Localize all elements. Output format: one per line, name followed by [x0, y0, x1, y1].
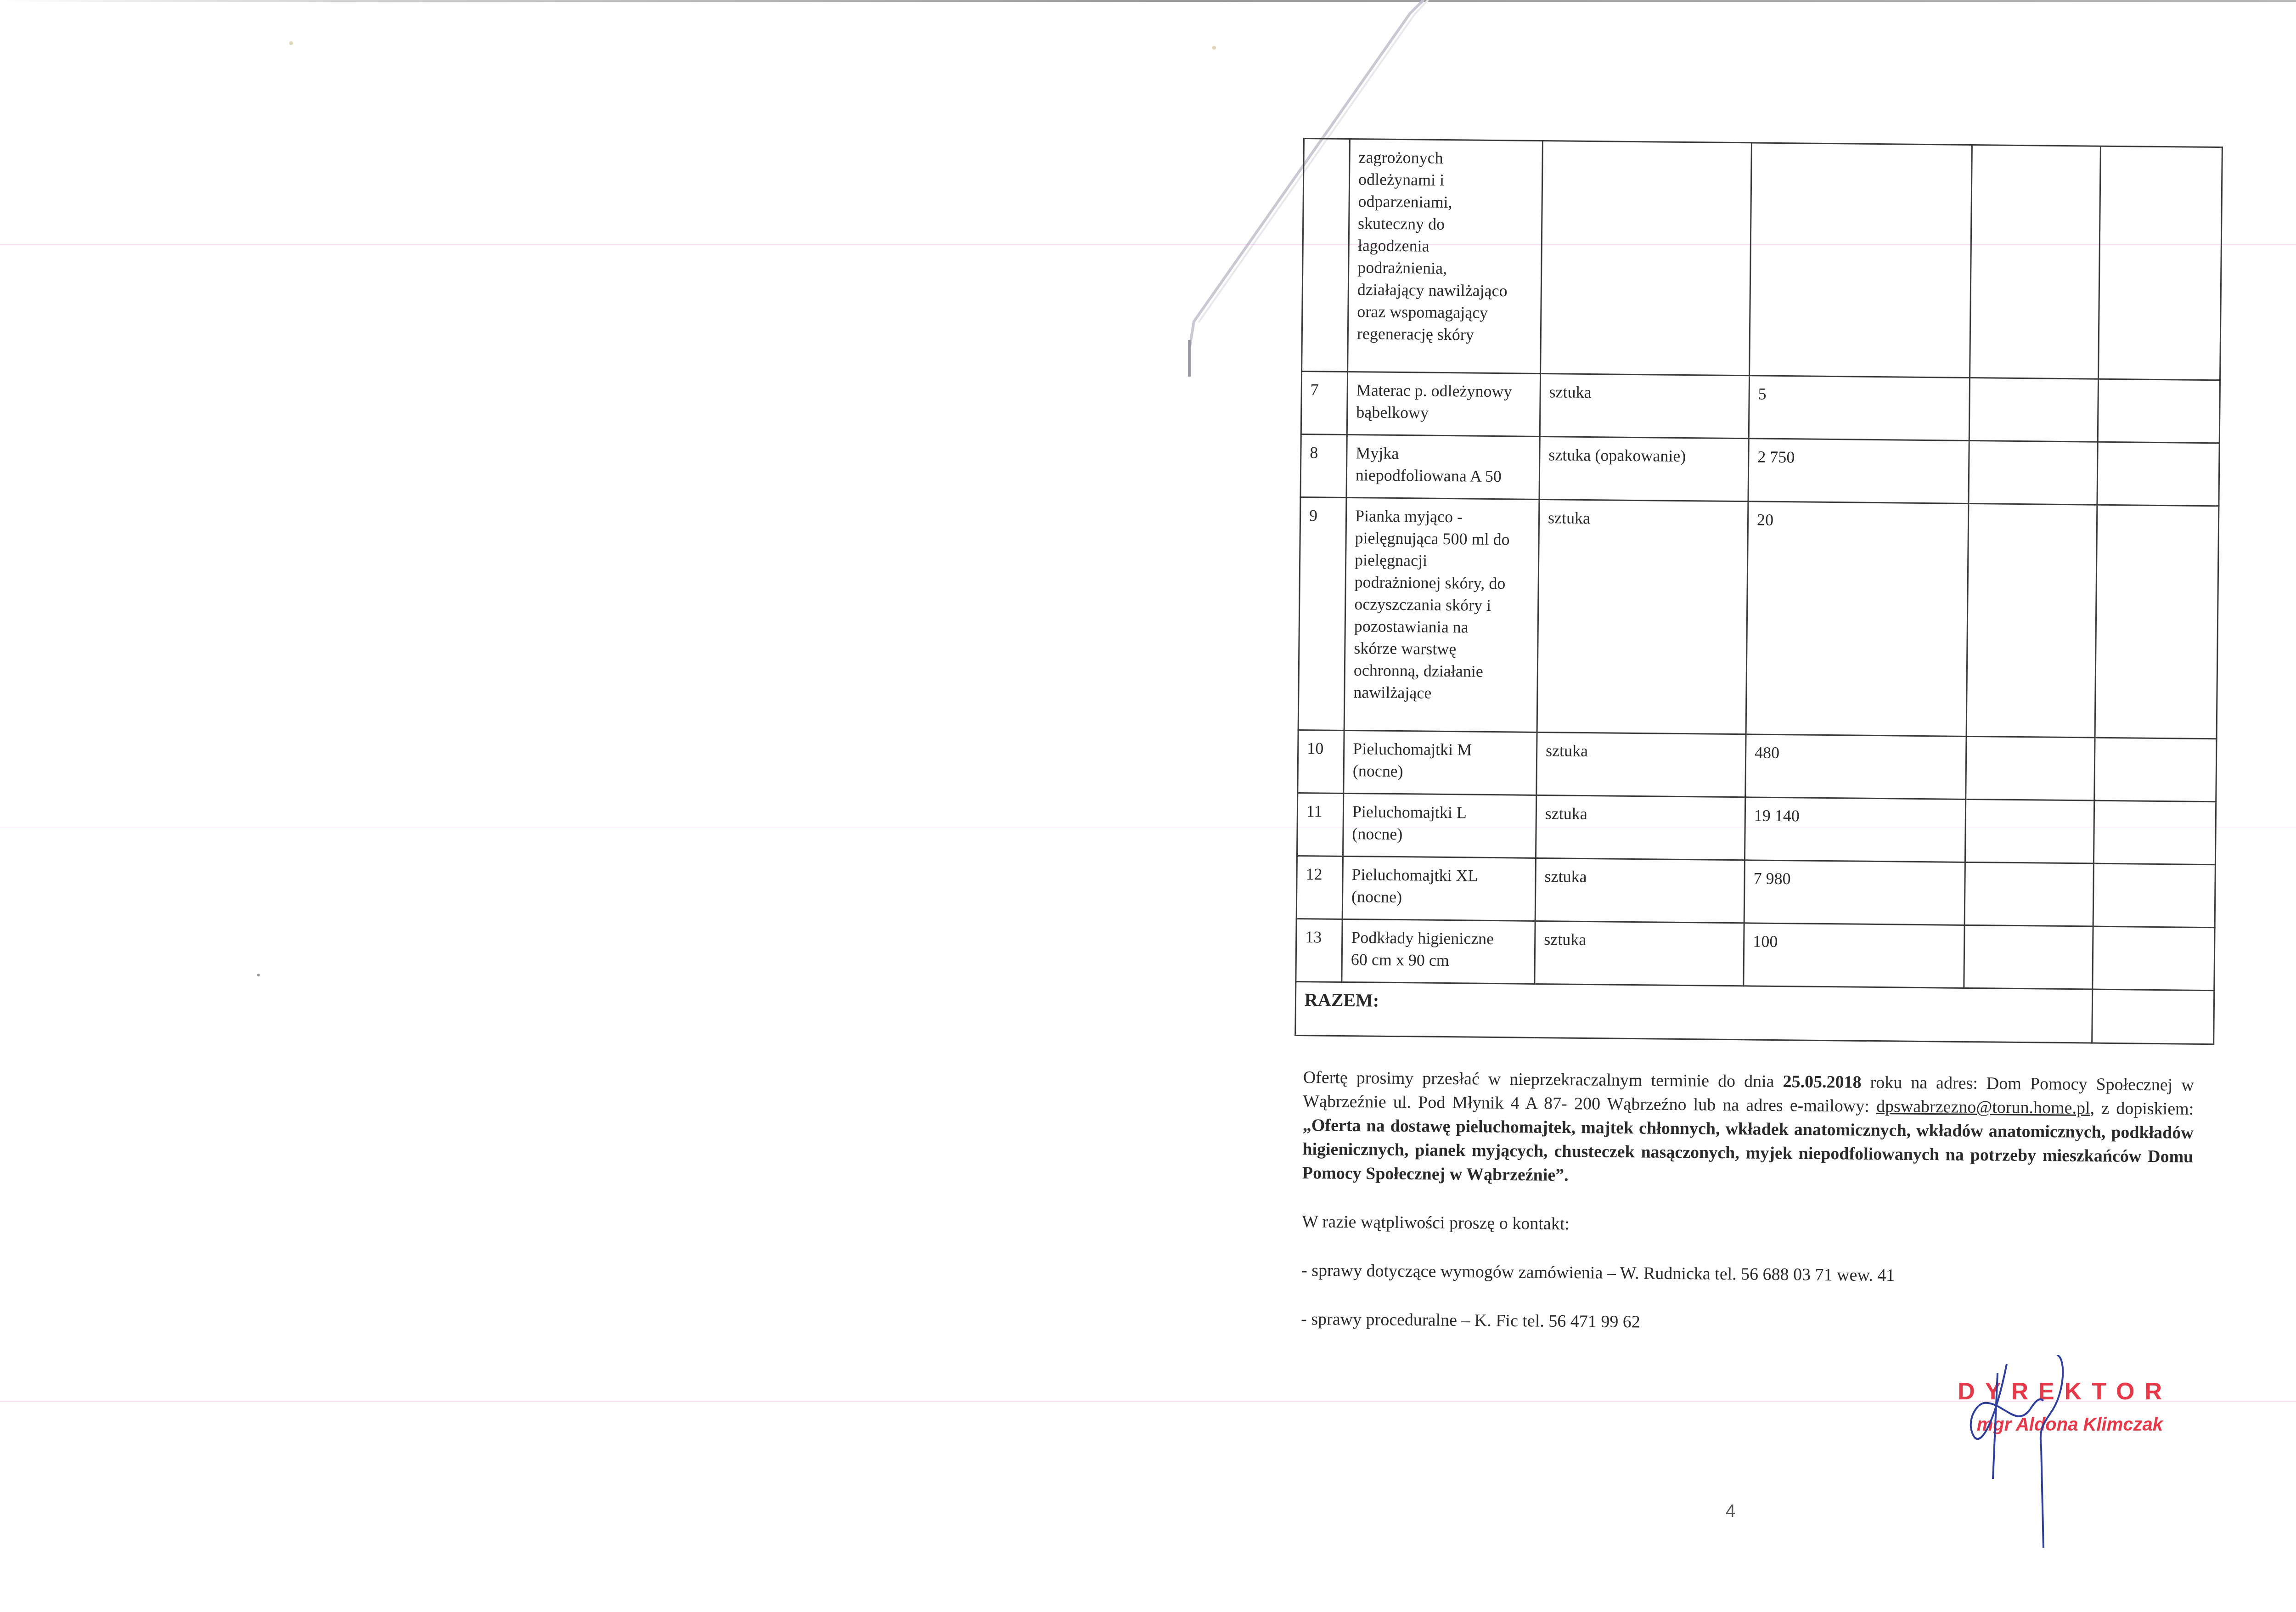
- item-name-line: (nocne): [1352, 823, 1527, 846]
- item-name-line: łagodzenia: [1358, 234, 1533, 258]
- price-cell: [1969, 378, 2098, 442]
- items-table-body: zagrożonychodleżynami iodparzeniami,skut…: [1295, 139, 2223, 1044]
- value-cell: [2095, 505, 2219, 739]
- unit-cell: [1541, 141, 1752, 376]
- contact-procedural: - sprawy proceduralne – K. Fic tel. 56 4…: [1301, 1307, 2192, 1339]
- item-name-line: pielęgnująca 500 ml do: [1355, 527, 1530, 551]
- item-name-line: 60 cm x 90 cm: [1351, 948, 1526, 972]
- item-name-line: Pianka myjąco -: [1355, 505, 1530, 529]
- item-name-line: niepodfoliowana A 50: [1356, 464, 1531, 488]
- row-number-cell: 10: [1298, 730, 1344, 793]
- row-number-cell: 7: [1301, 371, 1347, 434]
- item-name-cell: Myjkaniepodfoliowana A 50: [1346, 434, 1540, 499]
- quantity-cell: 2 750: [1748, 439, 1969, 504]
- scan-speck: [289, 41, 293, 45]
- price-cell: [1964, 862, 2093, 926]
- row-number-cell: [1302, 139, 1350, 372]
- row-number-cell: 13: [1296, 919, 1342, 982]
- contact-intro: W razie wątpliwości proszę o kontakt:: [1302, 1210, 2193, 1241]
- instructions-section: Ofertę prosimy przesłać w nieprzekraczal…: [1301, 1065, 2194, 1339]
- page-number: 4: [1726, 1502, 1735, 1522]
- item-name-line: skuteczny do: [1358, 212, 1533, 236]
- quantity-cell: 7 980: [1744, 860, 1965, 925]
- scan-speck: [257, 974, 260, 976]
- offer-text-1: Ofertę prosimy przesłać w nieprzekraczal…: [1303, 1068, 1783, 1091]
- items-table: zagrożonychodleżynami iodparzeniami,skut…: [1294, 138, 2223, 1045]
- price-cell: [1964, 925, 2093, 989]
- row-number-cell: 11: [1297, 793, 1343, 856]
- unit-cell: sztuka: [1537, 499, 1748, 734]
- item-name-line: pozostawiania na: [1354, 615, 1529, 639]
- table-row: zagrożonychodleżynami iodparzeniami,skut…: [1302, 139, 2223, 380]
- item-name-cell: Materac p. odleżynowybąbelkowy: [1347, 372, 1540, 436]
- quantity-cell: 19 140: [1745, 797, 1965, 862]
- row-number-cell: 9: [1298, 497, 1346, 730]
- item-name-cell: Pieluchomajtki M(nocne): [1344, 730, 1537, 795]
- quantity-cell: 20: [1746, 502, 1969, 737]
- item-name-line: zagrożonych: [1358, 146, 1533, 170]
- item-name-cell: zagrożonychodleżynami iodparzeniami,skut…: [1348, 139, 1543, 373]
- item-name-line: Myjka: [1356, 442, 1531, 466]
- item-name-line: Pieluchomajtki L: [1352, 800, 1527, 824]
- items-table-container: zagrożonychodleżynami iodparzeniami,skut…: [1294, 138, 2222, 1045]
- total-row: RAZEM:: [1295, 981, 2214, 1044]
- item-name-line: Podkłady higieniczne: [1351, 926, 1526, 950]
- email-link[interactable]: dpswabrzezno@torun.home.pl: [1876, 1097, 2090, 1118]
- total-value: [2092, 989, 2214, 1044]
- offer-subject: „Oferta na dostawę pieluchomajtek, majte…: [1302, 1116, 2194, 1185]
- price-cell: [1966, 503, 2097, 738]
- table-row: 11Pieluchomajtki L(nocne)sztuka19 140: [1297, 793, 2216, 864]
- item-name-line: ochronną, działanie: [1354, 659, 1529, 683]
- contact-requirements: - sprawy dotyczące wymogów zamówienia – …: [1301, 1258, 2192, 1290]
- total-label: RAZEM:: [1295, 981, 2093, 1043]
- item-name-cell: Pieluchomajtki L(nocne): [1343, 793, 1536, 858]
- value-cell: [2097, 442, 2219, 506]
- item-name-line: podrażnienia,: [1357, 256, 1532, 280]
- item-name-line: odparzeniami,: [1358, 190, 1533, 214]
- offer-paragraph: Ofertę prosimy przesłać w nieprzekraczal…: [1302, 1065, 2194, 1193]
- unit-cell: sztuka: [1535, 921, 1744, 986]
- item-name-line: skórze warstwę: [1354, 637, 1529, 661]
- quantity-cell: 480: [1745, 734, 1966, 800]
- item-name-line: nawilżające: [1353, 681, 1528, 705]
- paper-fold: [1185, 0, 1203, 377]
- table-row: 13Podkłady higieniczne60 cm x 90 cmsztuk…: [1296, 919, 2215, 990]
- item-name-line: Pieluchomajtki M: [1353, 738, 1528, 761]
- price-cell: [1966, 736, 2095, 800]
- unit-cell: sztuka: [1536, 795, 1745, 860]
- quantity-cell: 100: [1744, 923, 1964, 988]
- item-name-line: (nocne): [1353, 760, 1528, 783]
- deadline-date: 25.05.2018: [1783, 1072, 1861, 1092]
- item-name-line: (nocne): [1351, 885, 1526, 909]
- quantity-cell: [1750, 143, 1972, 378]
- stamp-name: mgr Aldona Klimczak: [1933, 1415, 2163, 1435]
- unit-cell: sztuka: [1536, 732, 1746, 797]
- offer-text-3: , z dopiskiem:: [2090, 1099, 2194, 1119]
- table-row: 10Pieluchomajtki M(nocne)sztuka480: [1298, 730, 2217, 801]
- item-name-cell: Pieluchomajtki XL(nocne): [1342, 856, 1536, 921]
- item-name-line: Materac p. odleżynowy: [1356, 379, 1531, 403]
- price-cell: [1965, 799, 2094, 863]
- value-cell: [2093, 926, 2215, 991]
- item-name-line: działający nawilżająco: [1357, 278, 1532, 302]
- table-row: 12Pieluchomajtki XL(nocne)sztuka7 980: [1296, 856, 2215, 927]
- value-cell: [2093, 800, 2216, 865]
- item-name-line: pielęgnacji: [1355, 549, 1530, 573]
- unit-cell: sztuka: [1535, 858, 1745, 923]
- value-cell: [2099, 146, 2223, 380]
- table-row: 8Myjkaniepodfoliowana A 50sztuka (opakow…: [1300, 434, 2219, 506]
- item-name-line: oczyszczania skóry i: [1354, 593, 1529, 617]
- item-name-line: podrażnionej skóry, do: [1354, 571, 1529, 595]
- quantity-cell: 5: [1749, 376, 1970, 441]
- price-cell: [1969, 440, 2098, 505]
- item-name-line: oraz wspomagający: [1357, 300, 1532, 324]
- row-number-cell: 12: [1296, 856, 1343, 919]
- value-cell: [2093, 863, 2215, 928]
- scan-top-edge: [0, 0, 2296, 2]
- unit-cell: sztuka: [1540, 373, 1749, 438]
- item-name-line: odleżynami i: [1358, 168, 1533, 192]
- price-cell: [1970, 145, 2101, 379]
- stamp-title: DYREKTOR: [1933, 1378, 2172, 1405]
- item-name-cell: Pianka myjąco -pielęgnująca 500 ml dopie…: [1344, 497, 1539, 732]
- item-name-line: regenerację skóry: [1357, 322, 1532, 346]
- item-name-cell: Podkłady higieniczne60 cm x 90 cm: [1342, 919, 1535, 984]
- scan-speck: [1212, 46, 1216, 50]
- unit-cell: sztuka (opakowanie): [1539, 436, 1749, 501]
- value-cell: [2094, 738, 2217, 802]
- item-name-line: Pieluchomajtki XL: [1351, 863, 1526, 887]
- director-stamp: DYREKTOR mgr Aldona Klimczak: [1933, 1378, 2163, 1435]
- table-row: 7Materac p. odleżynowybąbelkowysztuka5: [1301, 371, 2220, 443]
- table-row: 9Pianka myjąco -pielęgnująca 500 ml dopi…: [1298, 497, 2219, 738]
- value-cell: [2098, 379, 2220, 443]
- row-number-cell: 8: [1300, 434, 1347, 497]
- item-name-line: bąbelkowy: [1356, 401, 1531, 425]
